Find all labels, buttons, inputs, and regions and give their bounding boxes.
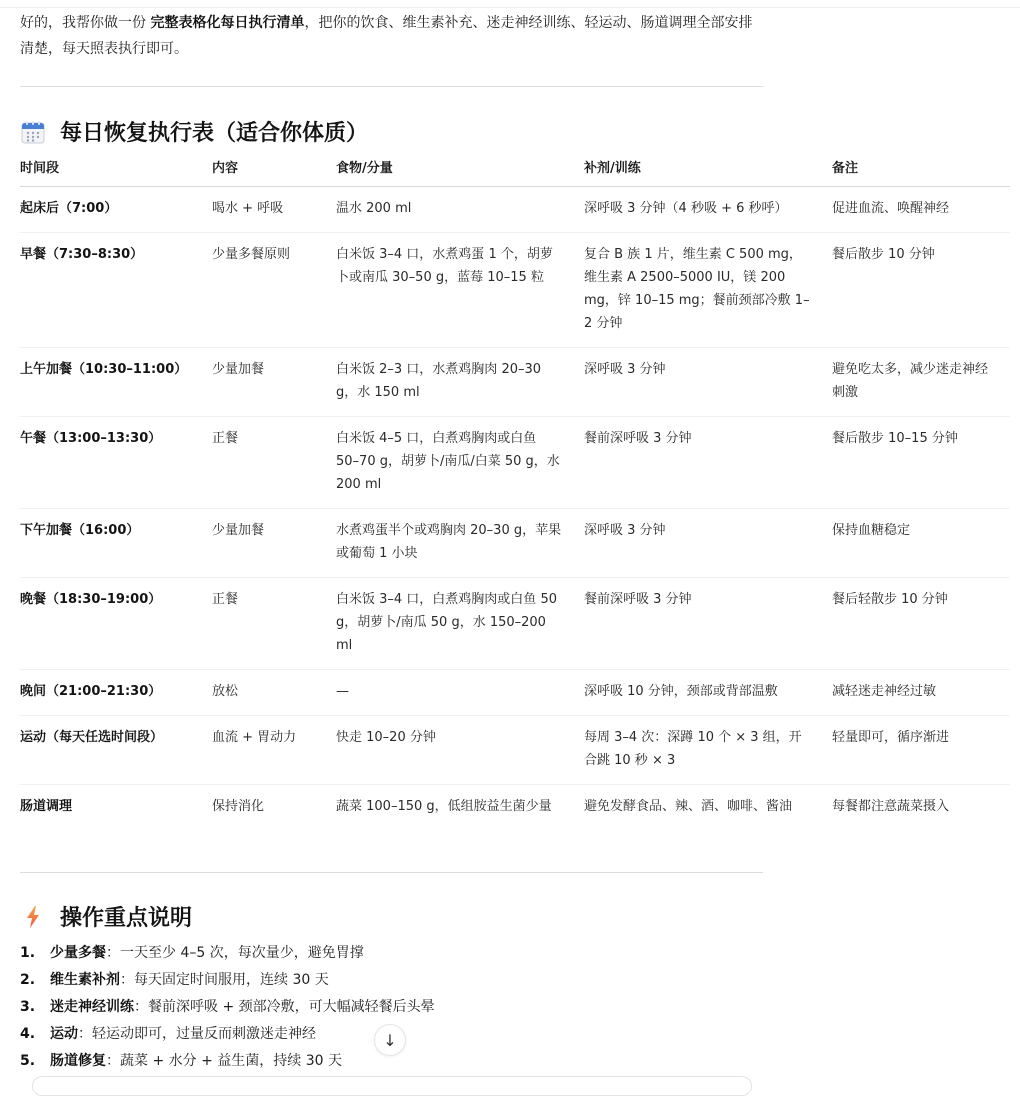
table-row: 运动（每天任选时间段） 血流 + 胃动力 快走 10–20 分钟 每周 3–4 … bbox=[20, 716, 1010, 785]
intro-paragraph: 好的，我帮你做一份 完整表格化每日执行清单，把你的饮食、维生素补充、迷走神经训练… bbox=[20, 10, 765, 62]
cell-food: 蔬菜 100–150 g，低组胺益生菌少量 bbox=[336, 795, 584, 818]
column-header-time: 时间段 bbox=[20, 153, 212, 187]
cell-note: 餐后轻散步 10 分钟 bbox=[832, 588, 1010, 611]
cell-food: 快走 10–20 分钟 bbox=[336, 726, 584, 749]
list-key: 肠道修复 bbox=[50, 1053, 106, 1069]
list-item: 3. 迷走神经训练：餐前深呼吸 + 颈部冷敷，可大幅减轻餐后头晕 bbox=[20, 994, 435, 1021]
cell-content: 放松 bbox=[212, 680, 336, 703]
previous-message-edge bbox=[0, 0, 1020, 8]
cell-supplement: 复合 B 族 1 片，维生素 C 500 mg，维生素 A 2500–5000 … bbox=[584, 243, 832, 335]
cell-time: 午餐（13:00–13:30） bbox=[20, 427, 212, 450]
scroll-to-bottom-button[interactable]: ↓ bbox=[374, 1024, 406, 1056]
table-row: 起床后（7:00） 喝水 + 呼吸 温水 200 ml 深呼吸 3 分钟（4 秒… bbox=[20, 187, 1010, 233]
cell-supplement: 餐前深呼吸 3 分钟 bbox=[584, 427, 832, 450]
cell-food: 白米饭 3–4 口，水煮鸡蛋 1 个，胡萝卜或南瓜 30–50 g，蓝莓 10–… bbox=[336, 243, 584, 289]
cell-content: 正餐 bbox=[212, 427, 336, 450]
cell-supplement: 深呼吸 3 分钟 bbox=[584, 358, 832, 381]
message-composer[interactable] bbox=[32, 1076, 752, 1080]
cell-time: 晚餐（18:30–19:00） bbox=[20, 588, 212, 611]
column-header-note: 备注 bbox=[832, 153, 1010, 187]
list-text: ：轻运动即可，过量反而刺激迷走神经 bbox=[78, 1026, 316, 1042]
cell-food: 温水 200 ml bbox=[336, 197, 584, 220]
cell-time: 肠道调理 bbox=[20, 795, 212, 818]
list-item: 5. 肠道修复：蔬菜 + 水分 + 益生菌，持续 30 天 bbox=[20, 1048, 435, 1075]
cell-content: 少量多餐原则 bbox=[212, 243, 336, 266]
list-key: 维生素补剂 bbox=[50, 972, 120, 988]
schedule-table: 时间段 内容 食物/分量 补剂/训练 备注 起床后（7:00） 喝水 + 呼吸 … bbox=[20, 153, 1010, 830]
list-item: 2. 维生素补剂：每天固定时间服用，连续 30 天 bbox=[20, 967, 435, 994]
divider bbox=[20, 872, 763, 873]
column-header-food: 食物/分量 bbox=[336, 153, 584, 187]
cell-food: 白米饭 3–4 口，白煮鸡胸肉或白鱼 50 g，胡萝卜/南瓜 50 g，水 15… bbox=[336, 588, 584, 657]
schedule-heading: 每日恢复执行表（适合你体质） bbox=[20, 116, 368, 147]
schedule-title: 每日恢复执行表（适合你体质） bbox=[60, 116, 368, 147]
list-item: 4. 运动：轻运动即可，过量反而刺激迷走神经 bbox=[20, 1021, 435, 1048]
list-key: 迷走神经训练 bbox=[50, 999, 134, 1015]
table-row: 晚间（21:00–21:30） 放松 — 深呼吸 10 分钟，颈部或背部温敷 减… bbox=[20, 670, 1010, 716]
key-points-title: 操作重点说明 bbox=[60, 901, 192, 932]
intro-bold: 完整表格化每日执行清单 bbox=[150, 15, 304, 31]
cell-note: 餐后散步 10–15 分钟 bbox=[832, 427, 1010, 450]
cell-supplement: 深呼吸 3 分钟 bbox=[584, 519, 832, 542]
cell-food: 白米饭 4–5 口，白煮鸡胸肉或白鱼 50–70 g，胡萝卜/南瓜/白菜 50 … bbox=[336, 427, 584, 496]
table-row: 午餐（13:00–13:30） 正餐 白米饭 4–5 口，白煮鸡胸肉或白鱼 50… bbox=[20, 417, 1010, 509]
cell-note: 每餐都注意蔬菜摄入 bbox=[832, 795, 1010, 818]
list-key: 少量多餐 bbox=[50, 945, 106, 961]
cell-food: — bbox=[336, 680, 584, 703]
list-number: 3. bbox=[20, 994, 50, 1021]
cell-supplement: 深呼吸 3 分钟（4 秒吸 + 6 秒呼） bbox=[584, 197, 832, 220]
table-row: 下午加餐（16:00） 少量加餐 水煮鸡蛋半个或鸡胸肉 20–30 g，苹果或葡… bbox=[20, 509, 1010, 578]
cell-note: 轻量即可，循序渐进 bbox=[832, 726, 1010, 749]
list-text: ：蔬菜 + 水分 + 益生菌，持续 30 天 bbox=[106, 1053, 342, 1069]
cell-time: 早餐（7:30–8:30） bbox=[20, 243, 212, 266]
list-text: ：每天固定时间服用，连续 30 天 bbox=[120, 972, 329, 988]
cell-supplement: 餐前深呼吸 3 分钟 bbox=[584, 588, 832, 611]
cell-time: 运动（每天任选时间段） bbox=[20, 726, 212, 749]
cell-content: 少量加餐 bbox=[212, 358, 336, 381]
arrow-down-icon: ↓ bbox=[383, 1031, 396, 1050]
cell-supplement: 每周 3–4 次：深蹲 10 个 × 3 组，开合跳 10 秒 × 3 bbox=[584, 726, 832, 772]
column-header-content: 内容 bbox=[212, 153, 336, 187]
list-number: 2. bbox=[20, 967, 50, 994]
table-header-row: 时间段 内容 食物/分量 补剂/训练 备注 bbox=[20, 153, 1010, 187]
cell-supplement: 深呼吸 10 分钟，颈部或背部温敷 bbox=[584, 680, 832, 703]
cell-time: 下午加餐（16:00） bbox=[20, 519, 212, 542]
intro-prefix: 好的，我帮你做一份 bbox=[20, 15, 150, 31]
cell-note: 避免吃太多，减少迷走神经刺激 bbox=[832, 358, 1010, 404]
calendar-icon bbox=[20, 119, 46, 145]
cell-note: 保持血糖稳定 bbox=[832, 519, 1010, 542]
cell-content: 正餐 bbox=[212, 588, 336, 611]
list-number: 1. bbox=[20, 940, 50, 967]
table-row: 上午加餐（10:30–11:00） 少量加餐 白米饭 2–3 口，水煮鸡胸肉 2… bbox=[20, 348, 1010, 417]
cell-content: 保持消化 bbox=[212, 795, 336, 818]
cell-content: 血流 + 胃动力 bbox=[212, 726, 336, 749]
key-points-list: 1. 少量多餐：一天至少 4–5 次，每次量少，避免胃撑 2. 维生素补剂：每天… bbox=[20, 940, 435, 1075]
lightning-icon bbox=[20, 904, 46, 930]
cell-note: 促进血流、唤醒神经 bbox=[832, 197, 1010, 220]
cell-content: 喝水 + 呼吸 bbox=[212, 197, 336, 220]
cell-note: 减轻迷走神经过敏 bbox=[832, 680, 1010, 703]
list-text: ：一天至少 4–5 次，每次量少，避免胃撑 bbox=[106, 945, 364, 961]
cell-food: 水煮鸡蛋半个或鸡胸肉 20–30 g，苹果或葡萄 1 小块 bbox=[336, 519, 584, 565]
cell-time: 起床后（7:00） bbox=[20, 197, 212, 220]
cell-time: 晚间（21:00–21:30） bbox=[20, 680, 212, 703]
list-key: 运动 bbox=[50, 1026, 78, 1042]
table-row: 晚餐（18:30–19:00） 正餐 白米饭 3–4 口，白煮鸡胸肉或白鱼 50… bbox=[20, 578, 1010, 670]
table-row: 肠道调理 保持消化 蔬菜 100–150 g，低组胺益生菌少量 避免发酵食品、辣… bbox=[20, 785, 1010, 831]
cell-content: 少量加餐 bbox=[212, 519, 336, 542]
cell-supplement: 避免发酵食品、辣、酒、咖啡、酱油 bbox=[584, 795, 832, 818]
cell-note: 餐后散步 10 分钟 bbox=[832, 243, 1010, 266]
cell-time: 上午加餐（10:30–11:00） bbox=[20, 358, 212, 381]
list-number: 5. bbox=[20, 1048, 50, 1075]
cell-food: 白米饭 2–3 口，水煮鸡胸肉 20–30 g，水 150 ml bbox=[336, 358, 584, 404]
column-header-supplement: 补剂/训练 bbox=[584, 153, 832, 187]
table-row: 早餐（7:30–8:30） 少量多餐原则 白米饭 3–4 口，水煮鸡蛋 1 个，… bbox=[20, 233, 1010, 348]
list-text: ：餐前深呼吸 + 颈部冷敷，可大幅减轻餐后头晕 bbox=[134, 999, 435, 1015]
key-points-heading: 操作重点说明 bbox=[20, 901, 192, 932]
list-number: 4. bbox=[20, 1021, 50, 1048]
list-item: 1. 少量多餐：一天至少 4–5 次，每次量少，避免胃撑 bbox=[20, 940, 435, 967]
divider bbox=[20, 86, 763, 87]
